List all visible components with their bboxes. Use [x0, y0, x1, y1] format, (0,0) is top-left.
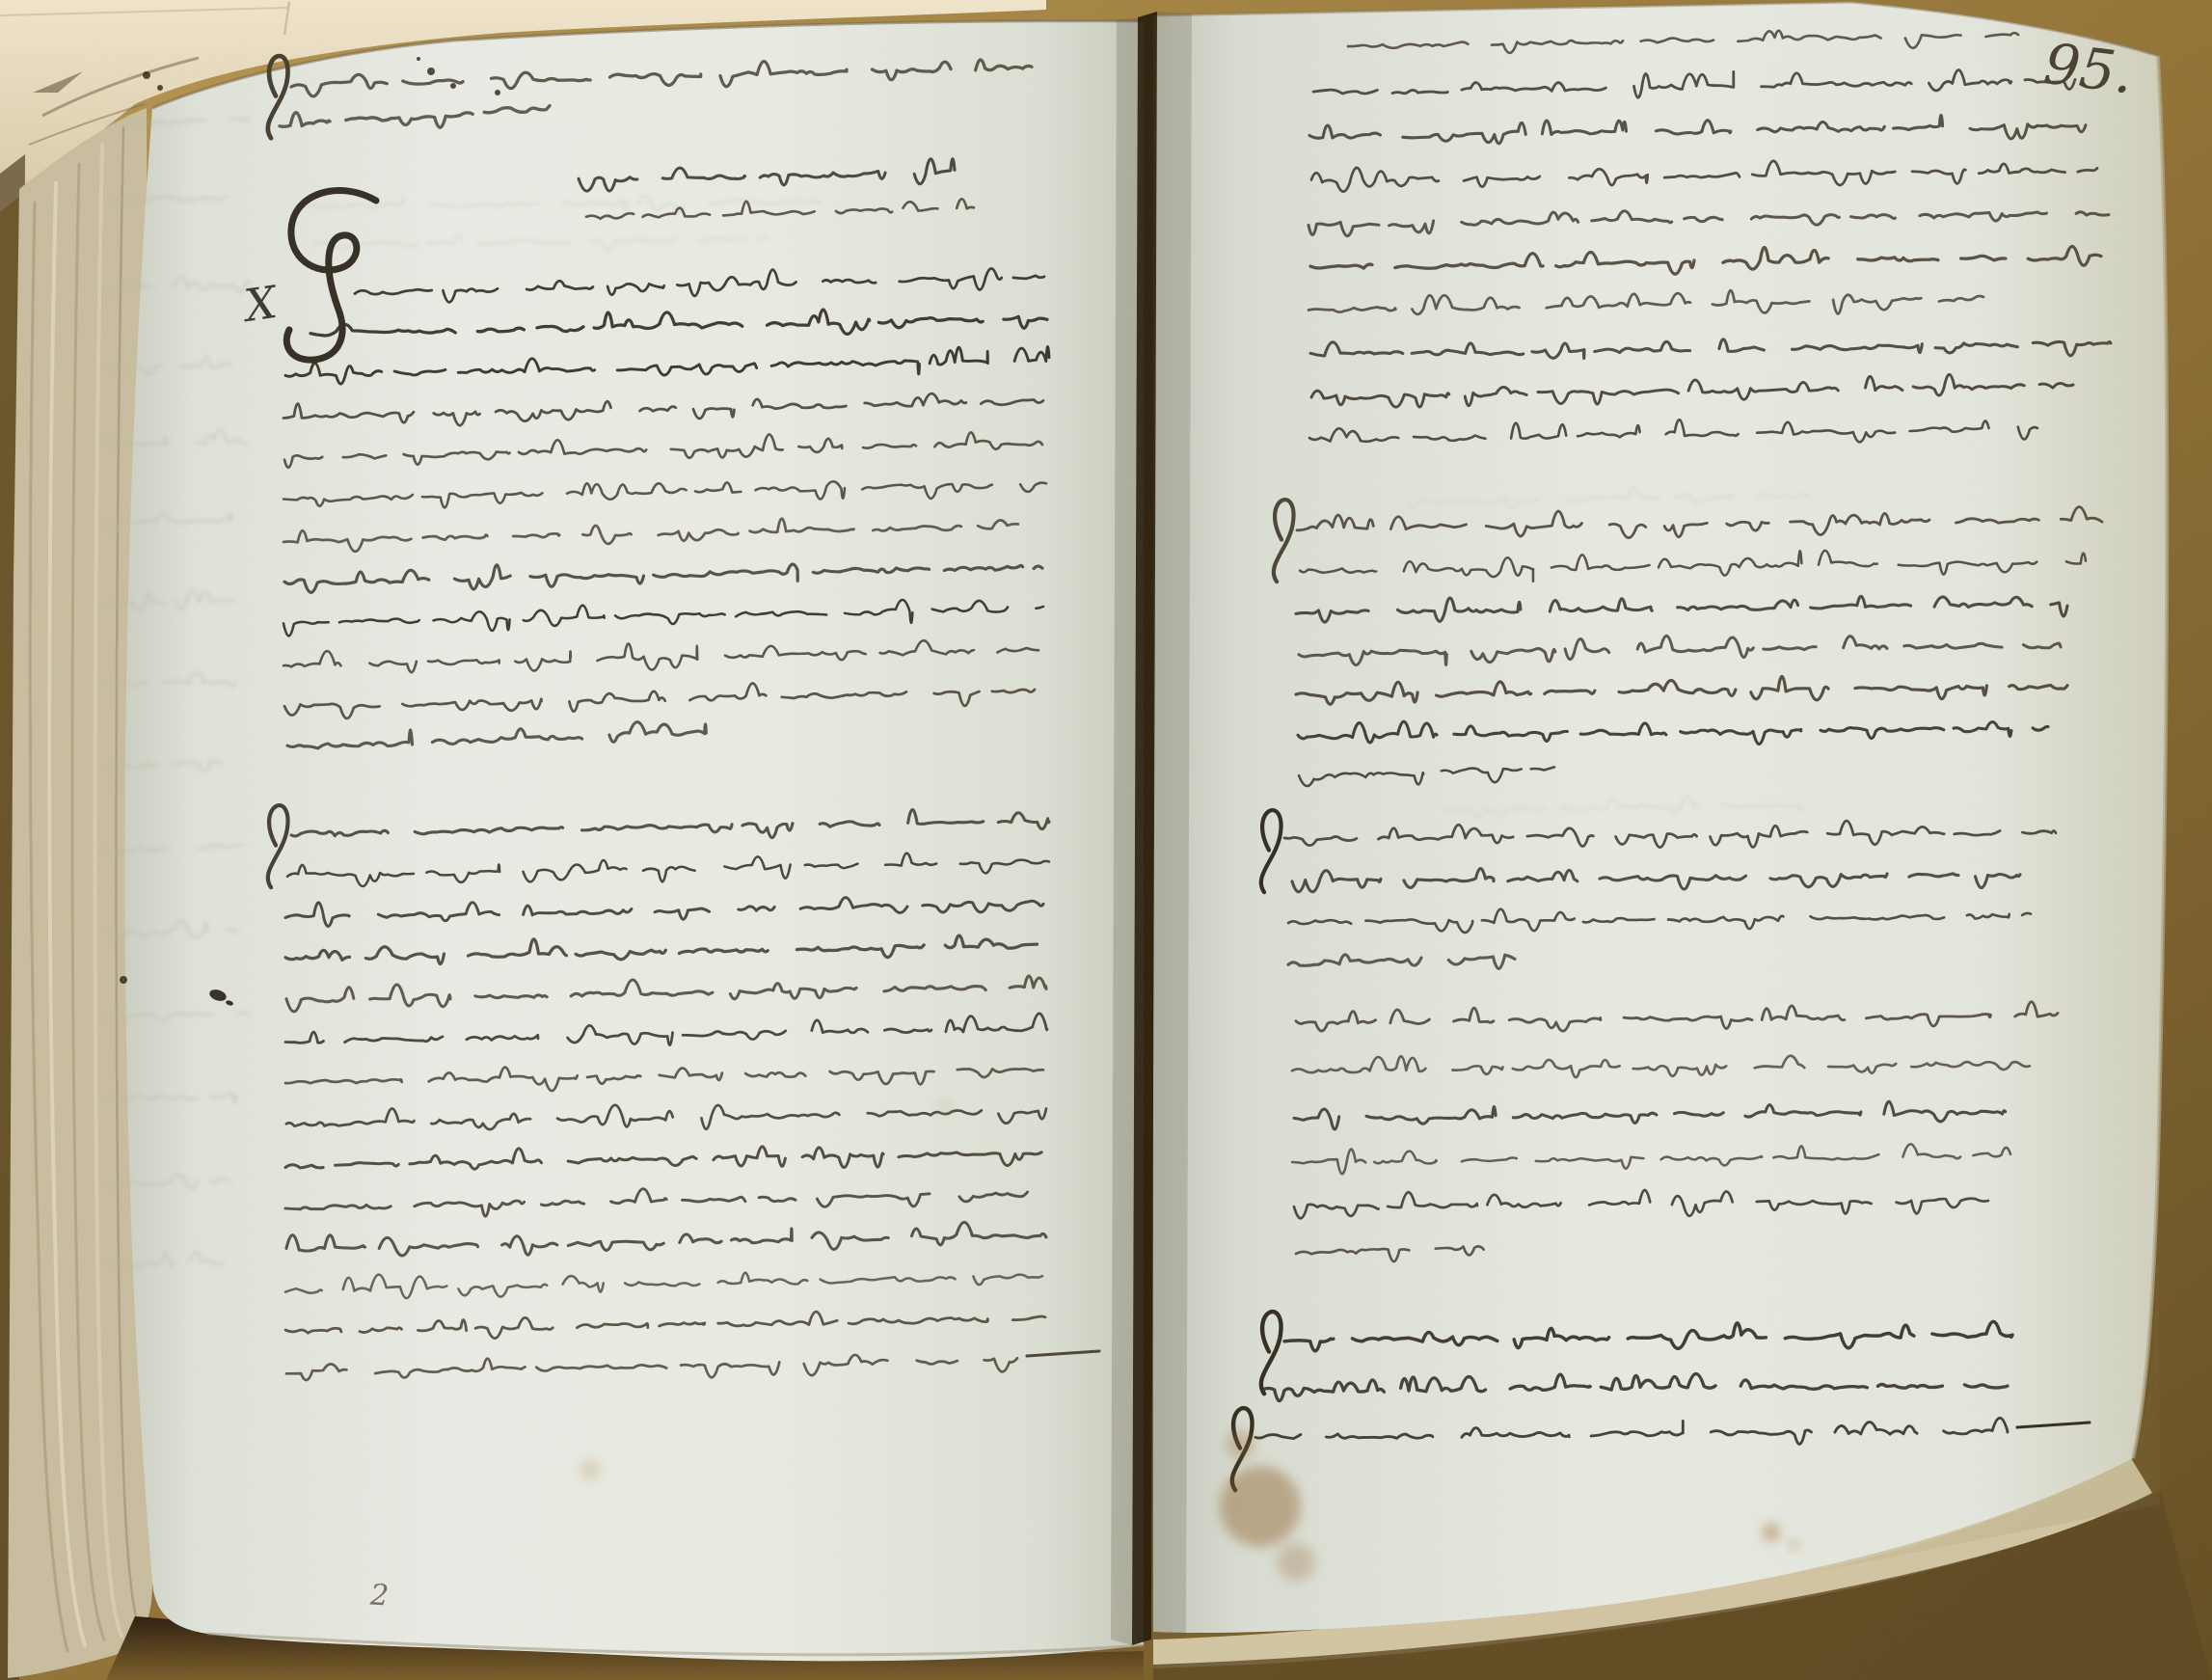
manuscript-scene: [0, 0, 2212, 1680]
foot-quire-mark: 2: [369, 1582, 390, 1612]
margin-x-mark: X: [242, 280, 280, 328]
photo-open-manuscript: 95. X 2: [0, 0, 2212, 1680]
paper-grain-texture: [0, 0, 2212, 1680]
folio-number: 95.: [2041, 36, 2137, 102]
